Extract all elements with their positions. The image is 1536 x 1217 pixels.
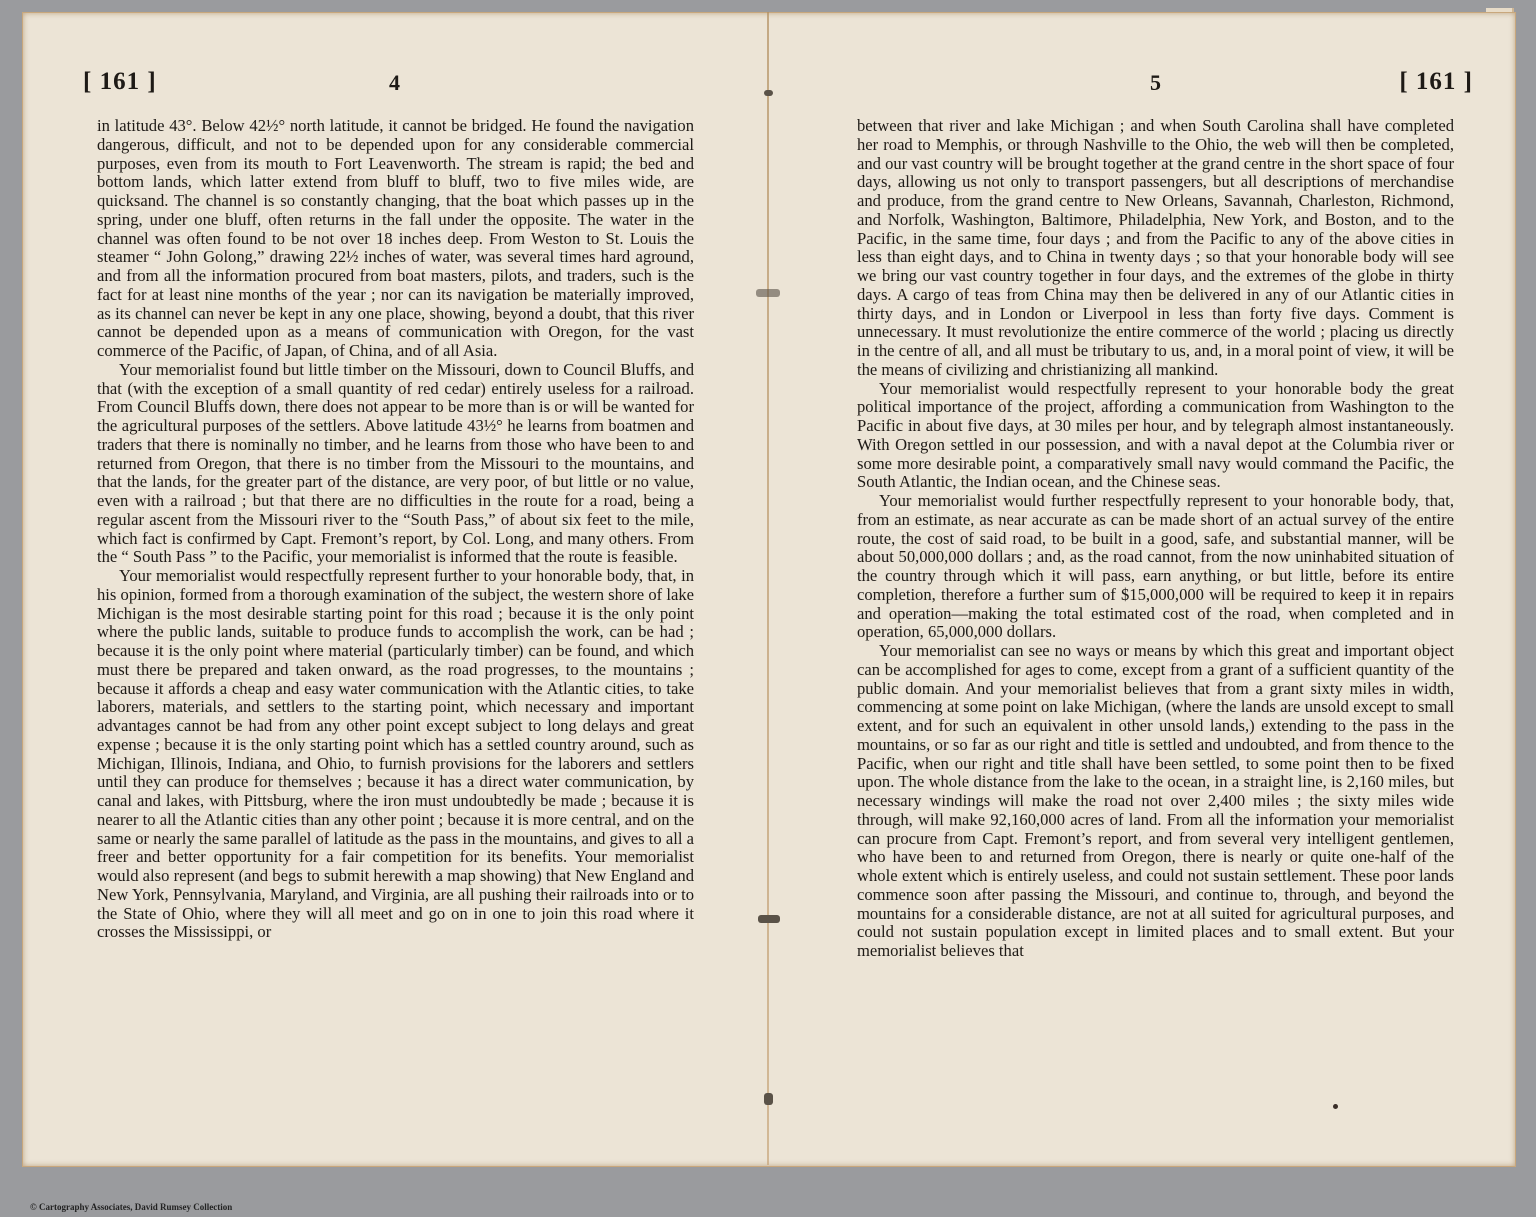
- binding-stitch-bottom: [764, 1093, 773, 1105]
- paragraph: Your memorialist would respectfully repr…: [857, 380, 1454, 493]
- binding-stitch-upper: [756, 289, 780, 297]
- right-page: 5 [ 161 ] between that river and lake Mi…: [857, 0, 1467, 128]
- paragraph: Your memorialist would further respectfu…: [857, 492, 1454, 642]
- copyright-credit: © Cartography Associates, David Rumsey C…: [30, 1202, 232, 1212]
- ink-speck: [1333, 1104, 1338, 1109]
- paragraph: Your memorialist found but little timber…: [97, 361, 694, 567]
- page-number: 5: [1150, 70, 1161, 96]
- left-page-body: in latitude 43°. Below 42½° north latitu…: [97, 117, 694, 942]
- binding-gutter: [767, 12, 769, 1165]
- left-page: [ 161 ] 4 in latitude 43°. Below 42½° no…: [97, 0, 707, 128]
- right-page-body: between that river and lake Michigan ; a…: [857, 117, 1454, 961]
- paragraph: in latitude 43°. Below 42½° north latitu…: [97, 117, 694, 361]
- document-number: [ 161 ]: [83, 68, 157, 96]
- document-number: [ 161 ]: [1399, 68, 1473, 96]
- paragraph: between that river and lake Michigan ; a…: [857, 117, 1454, 380]
- binding-stitch-lower: [758, 915, 780, 923]
- binding-stitch-top: [764, 90, 773, 96]
- paragraph: Your memorialist can see no ways or mean…: [857, 642, 1454, 961]
- paragraph: Your memorialist would respectfully repr…: [97, 567, 694, 942]
- page-number: 4: [389, 70, 400, 96]
